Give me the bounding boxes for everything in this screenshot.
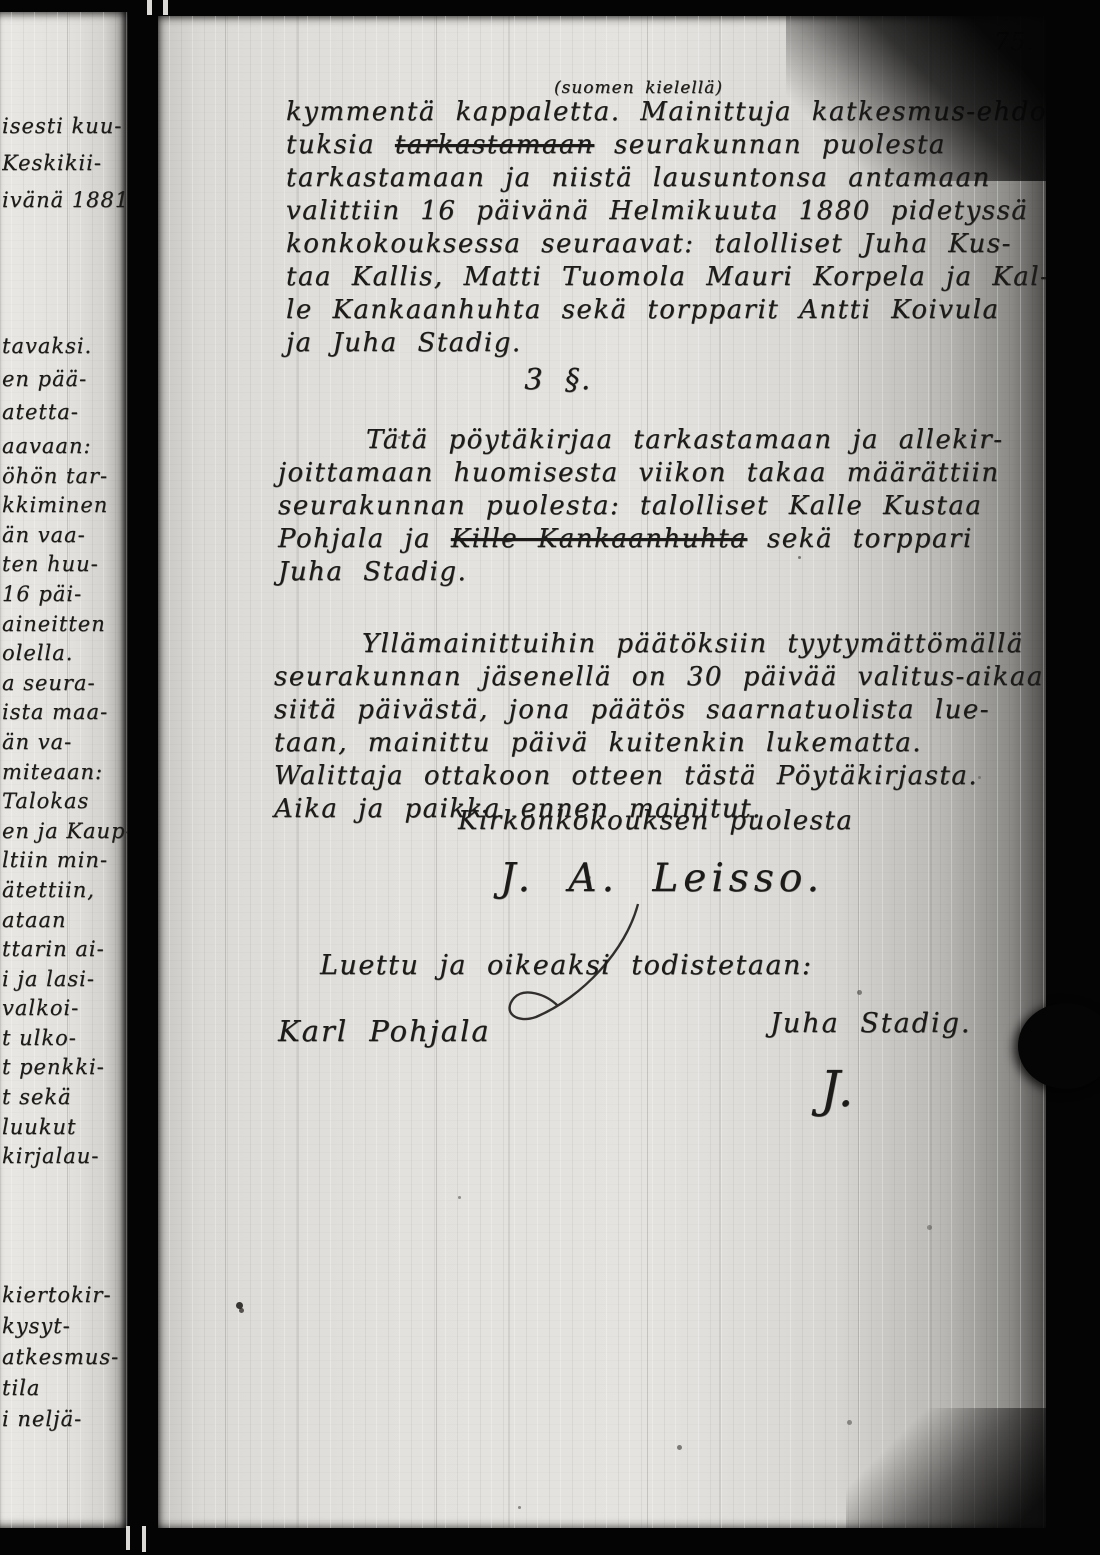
handwritten-line: Juha Stadig. (278, 556, 1004, 589)
left-page-fragment-line: olella. (2, 639, 128, 669)
paragraph-appointment-of-reviewers: kymmentä kappaletta. Mainittuja katkesmu… (286, 96, 1046, 360)
left-page-fragment-line: 16 päi- (2, 580, 128, 610)
corner-shadow-bottom (846, 1408, 1046, 1528)
handwritten-line: kymmentä kappaletta. Mainittuja katkesmu… (286, 96, 1046, 129)
handwritten-line: Pohjala ja Kille Kankaanhuhta sekä torpp… (278, 523, 1004, 556)
left-page-fragment-line: ttarin ai- (2, 935, 128, 965)
left-page-fragment-block: tavaksi.en pää-atetta- (2, 330, 128, 429)
left-page-fragment-line: kiertokir- (2, 1280, 128, 1311)
left-page-fragment-line: i neljä- (2, 1404, 128, 1435)
scanned-manuscript-photo: isesti kuu-Keskikii-ivänä 1881. tavaksi.… (0, 0, 1100, 1555)
handwritten-line: Tätä pöytäkirjaa tarkastamaan ja allekir… (278, 424, 1004, 457)
text-segment: tuksia (286, 130, 395, 160)
text-segment: joittamaan huomisesta viikon takaa määrä… (278, 458, 1000, 488)
left-page-fragment-line: t sekä (2, 1083, 128, 1113)
left-page-fragment-line: ten huu- (2, 550, 128, 580)
left-page-fragment-line: än vaa- (2, 521, 128, 551)
text-segment: seurakunnan puolesta: talolliset Kalle K… (278, 491, 982, 521)
text-segment: Juha Stadig. (278, 557, 467, 587)
struck-through-text: Kille Kankaanhuhta (451, 524, 747, 554)
text-segment: ja Juha Stadig. (286, 328, 522, 358)
left-page-fragment-line: kirjalau- (2, 1142, 128, 1172)
left-page-fragment-line: t ulko- (2, 1024, 128, 1054)
text-segment: Yllämainittuihin päätöksiin tyytymättömä… (362, 629, 1024, 659)
paragraph-minutes-review: Tätä pöytäkirjaa tarkastamaan ja allekir… (278, 424, 1004, 589)
handwritten-line: ja Juha Stadig. (286, 327, 1046, 360)
on-behalf-line: Kirkonkokouksen puolesta (458, 806, 853, 836)
text-segment: taa Kallis, Matti Tuomola Mauri Korpela … (286, 262, 1046, 292)
left-page-fragment-line: än va- (2, 728, 128, 758)
left-page-fragment-line: isesti kuu- (2, 108, 128, 145)
handwritten-line: seurakunnan jäsenellä on 30 päivää valit… (274, 661, 1044, 694)
handwritten-line: le Kankaanhuhta sekä torpparit Antti Koi… (286, 294, 1046, 327)
attestation-line: Luettu ja oikeaksi todistetaan: (320, 950, 813, 981)
left-page-fragment-line: ltiin min- (2, 846, 128, 876)
film-registration-tick (142, 1526, 146, 1552)
chairman-signature: J. A. Leisso. (500, 856, 824, 901)
struck-through-text: tarkastamaan (395, 130, 594, 160)
left-page-fragment-line: atkesmus- (2, 1342, 128, 1373)
left-page-fragment-line: ivänä 1881. (2, 182, 128, 219)
left-page-fragment-line: kkiminen (2, 491, 128, 521)
handwritten-line: tuksia tarkastamaan seurakunnan puolesta (286, 129, 1046, 162)
handwritten-line: siitä päivästä, jona päätös saarnatuolis… (274, 694, 1044, 727)
handwritten-line: taa Kallis, Matti Tuomola Mauri Korpela … (286, 261, 1046, 294)
text-segment: taan, mainittu päivä kuitenkin lukematta… (274, 728, 922, 758)
left-page-fragment-line: t penkki- (2, 1053, 128, 1083)
film-registration-tick (147, 0, 152, 15)
film-registration-tick (163, 0, 168, 15)
left-page-fragment-line: öhön tar- (2, 462, 128, 492)
left-page-fragment-line: en ja Kaup- (2, 817, 128, 847)
page-number: 75. (994, 28, 1035, 56)
left-page-fragment-line: en pää- (2, 363, 128, 396)
left-page-fragment-line: Keskikii- (2, 145, 128, 182)
left-page-fragment-line: ataan (2, 906, 128, 936)
handwritten-line: Walittaja ottakoon otteen tästä Pöytäkir… (274, 760, 1044, 793)
film-registration-tick (126, 1526, 130, 1550)
paragraph-appeal-period: Yllämainittuihin päätöksiin tyytymättömä… (274, 628, 1044, 826)
handwritten-line: Yllämainittuihin päätöksiin tyytymättömä… (274, 628, 1044, 661)
handwritten-line: konkokouksessa seuraavat: talolliset Juh… (286, 228, 1046, 261)
witness-flourish-initial: J. (820, 1060, 855, 1118)
text-segment: siitä päivästä, jona päätös saarnatuolis… (274, 695, 990, 725)
left-page-fragment-line: aineitten (2, 610, 128, 640)
paper-specks (158, 16, 161, 19)
text-segment: Walittaja ottakoon otteen tästä Pöytäkir… (274, 761, 978, 791)
text-segment: tarkastamaan ja niistä lausuntonsa antam… (286, 163, 991, 193)
text-segment: sekä torppari (747, 524, 973, 554)
right-page: 75. (suomen kielellä) kymmentä kappalett… (158, 16, 1046, 1528)
left-page-fragment-line: ista maa- (2, 698, 128, 728)
left-page: isesti kuu-Keskikii-ivänä 1881. tavaksi.… (0, 12, 128, 1528)
witness-signature-left: Karl Pohjala (278, 1014, 491, 1048)
handwritten-line: joittamaan huomisesta viikon takaa määrä… (278, 457, 1004, 490)
left-page-fragment-block: aavaan:öhön tar-kkiminenän vaa-ten huu-1… (2, 432, 128, 1172)
text-segment: Pohjala ja (278, 524, 451, 554)
left-page-fragment-line: a seura- (2, 669, 128, 699)
left-page-fragment-block: isesti kuu-Keskikii-ivänä 1881. (2, 108, 128, 219)
left-page-fragment-line: miteaan: (2, 758, 128, 788)
left-page-fragment-line: luukut (2, 1113, 128, 1143)
interline-note: (suomen kielellä) (554, 78, 723, 98)
handwritten-line: valittiin 16 päivänä Helmikuuta 1880 pid… (286, 195, 1046, 228)
left-page-fragment-line: kysyt- (2, 1311, 128, 1342)
text-segment: Tätä pöytäkirjaa tarkastamaan ja allekir… (366, 425, 1004, 455)
text-segment: kymmentä kappaletta. Mainittuja katkesmu… (286, 97, 1046, 127)
left-page-fragment-line: aavaan: (2, 432, 128, 462)
text-segment: seurakunnan jäsenellä on 30 päivää valit… (274, 662, 1044, 692)
section-heading: 3 §. (408, 362, 708, 396)
text-segment: valittiin 16 päivänä Helmikuuta 1880 pid… (286, 196, 1046, 226)
left-page-fragment-line: tavaksi. (2, 330, 128, 363)
text-segment: konkokouksessa seuraavat: talolliset Juh… (286, 229, 1012, 259)
left-page-fragment-block: kiertokir-kysyt-atkesmus-tilai neljä- (2, 1280, 128, 1435)
text-segment: le Kankaanhuhta sekä torpparit Antti Koi… (286, 295, 1000, 325)
witness-signature-right: Juha Stadig. (770, 1008, 972, 1039)
handwritten-line: taan, mainittu päivä kuitenkin lukematta… (274, 727, 1044, 760)
left-page-fragment-line: atetta- (2, 396, 128, 429)
handwritten-line: seurakunnan puolesta: talolliset Kalle K… (278, 490, 1004, 523)
left-page-fragment-line: Talokas (2, 787, 128, 817)
left-page-fragment-line: valkoi- (2, 994, 128, 1024)
left-page-fragment-line: tila (2, 1373, 128, 1404)
left-page-fragment-line: i ja lasi- (2, 965, 128, 995)
handwritten-line: tarkastamaan ja niistä lausuntonsa antam… (286, 162, 1046, 195)
text-segment: seurakunnan puolesta (594, 130, 946, 160)
left-page-fragment-line: ätettiin, (2, 876, 128, 906)
